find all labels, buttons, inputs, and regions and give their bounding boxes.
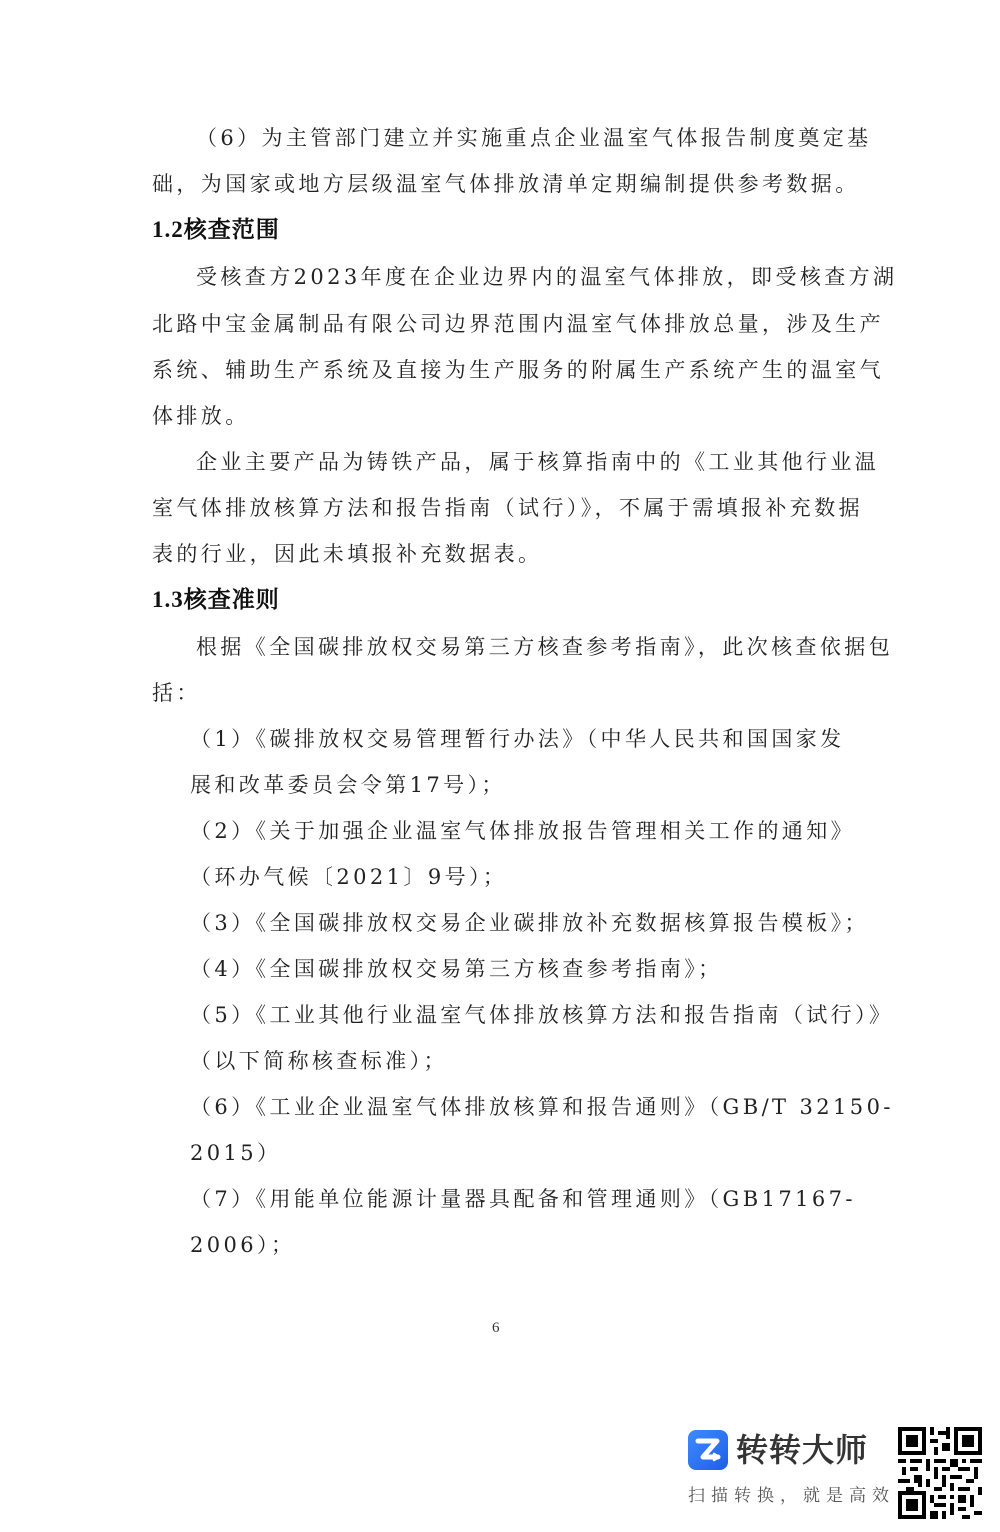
brand-name: 转转大师 [736, 1430, 868, 1470]
section-heading-1-3: 1.3核查准则 [152, 585, 280, 615]
criteria-list-item-7: （7）《用能单位能源计量器具配备和管理通则》（GB17167- [190, 1184, 856, 1214]
criteria-list-item-2-cont: （环办气候〔2021〕9号）； [190, 862, 507, 892]
criteria-list-item-1: （1）《碳排放权交易管理暂行办法》（中华人民共和国国家发 [190, 724, 845, 754]
criteria-list-item-7-cont: 2006）； [190, 1230, 295, 1260]
paragraph-line: 体排放。 [152, 401, 250, 431]
criteria-list-item-6: （6）《工业企业温室气体排放核算和报告通则》（GB/T 32150- [190, 1092, 894, 1122]
section-heading-1-2: 1.2核查范围 [152, 215, 280, 245]
paragraph-line: 础，为国家或地方层级温室气体排放清单定期编制提供参考数据。 [152, 169, 860, 199]
qr-code-icon [898, 1426, 982, 1520]
brand-tagline: 扫描转换，就是高效 [688, 1484, 895, 1508]
brand-logo-icon [688, 1430, 728, 1470]
criteria-list-item-2: （2）《关于加强企业温室气体排放报告管理相关工作的通知》 [190, 816, 855, 846]
watermark-banner: 转转大师 扫描转换，就是高效 [680, 1422, 990, 1522]
criteria-list-item-5-cont: （以下简称核查标准）； [190, 1046, 448, 1076]
criteria-list-item-5: （5）《工业其他行业温室气体排放核算方法和报告指南（试行）》 [190, 1000, 893, 1030]
paragraph-line: 北路中宝金属制品有限公司边界范围内温室气体排放总量，涉及生产 [152, 309, 884, 339]
document-page: （6）为主管部门建立并实施重点企业温室气体报告制度奠定基 础，为国家或地方层级温… [0, 0, 1000, 1532]
paragraph-line: 室气体排放核算方法和报告指南（试行）》，不属于需填报补充数据 [152, 493, 863, 523]
paragraph-line: 括： [152, 678, 201, 708]
paragraph-line: 根据《全国碳排放权交易第三方核查参考指南》，此次核查依据包 [196, 632, 893, 662]
paragraph-line: 受核查方2023年度在企业边界内的温室气体排放，即受核查方湖 [196, 262, 897, 292]
paragraph-line: 表的行业，因此未填报补充数据表。 [152, 539, 542, 569]
criteria-list-item-4: （4）《全国碳排放权交易第三方核查参考指南》； [190, 954, 723, 984]
paragraph-line: （6）为主管部门建立并实施重点企业温室气体报告制度奠定基 [196, 123, 872, 153]
paragraph-line: 企业主要产品为铸铁产品，属于核算指南中的《工业其他行业温 [196, 447, 879, 477]
paragraph-line: 系统、辅助生产系统及直接为生产服务的附属生产系统产生的温室气 [152, 355, 884, 385]
criteria-list-item-6-cont: 2015） [190, 1138, 281, 1168]
page-number: 6 [492, 1320, 500, 1337]
criteria-list-item-3: （3）《全国碳排放权交易企业碳排放补充数据核算报告模板》； [190, 908, 869, 938]
criteria-list-item-1-cont: 展和改革委员会令第17号）； [190, 770, 506, 800]
